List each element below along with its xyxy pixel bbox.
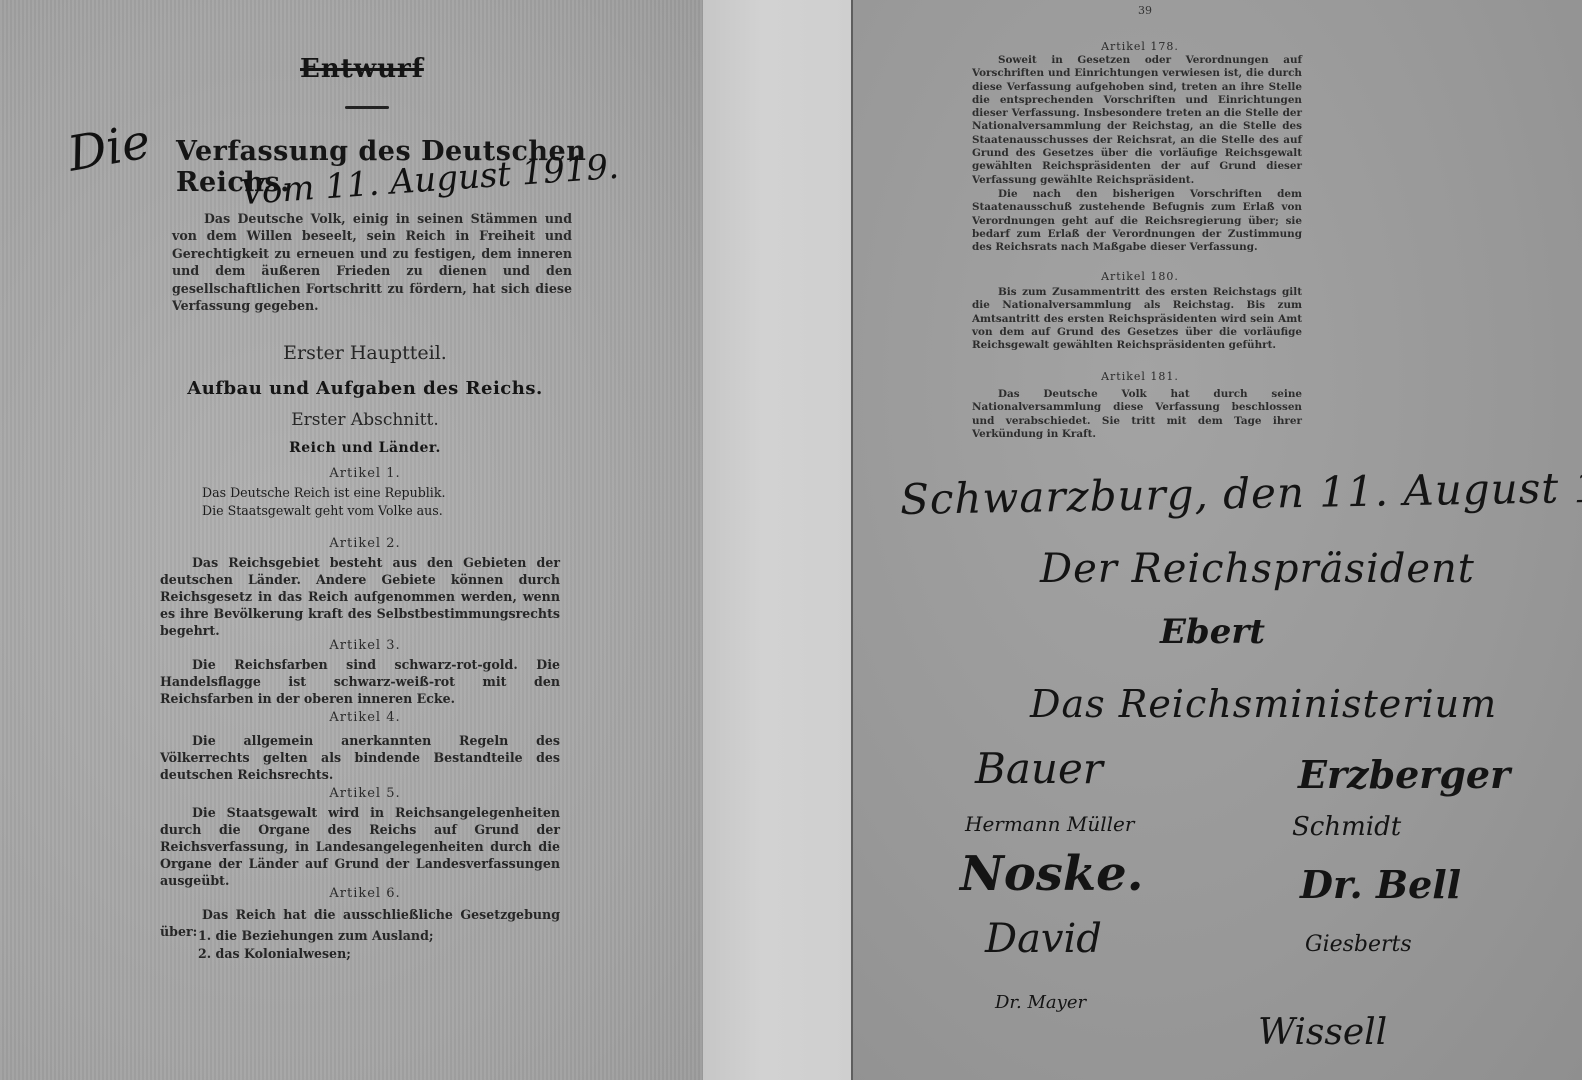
page-number: 39 [1138,4,1152,17]
article-178-heading: Artikel 178. [960,40,1320,53]
signature-noske: Noske. [960,846,1143,902]
article-1-heading: Artikel 1. [150,466,580,481]
article-1-line-1: Das Deutsche Reich ist eine Republik. [202,484,522,501]
article-2-body: Das Reichsgebiet besteht aus den Gebiete… [160,554,560,639]
ornament-divider [345,106,389,109]
section-subtitle: Reich und Länder. [150,440,580,456]
part-title: Erster Hauptteil. [150,342,580,364]
handwritten-prefix: Die [64,113,155,182]
signature-bell: Dr. Bell [1300,862,1461,907]
handwritten-ministry: Das Reichsministerium [1030,682,1497,726]
signature-erzberger: Erzberger [1298,752,1510,797]
article-2-heading: Artikel 2. [150,536,580,551]
article-178-paragraph-1: Soweit in Gesetzen oder Verordnungen auf… [972,54,1302,187]
article-6-list-item-2: 2. das Kolonialwesen; [198,946,351,961]
article-178-paragraph-2: Die nach den bisherigen Vorschriften dem… [972,188,1302,254]
article-5-body: Die Staatsgewalt wird in Reichsangelegen… [160,804,560,889]
article-4-heading: Artikel 4. [150,710,580,725]
signature-david: David [985,916,1102,962]
article-1-line-2: Die Staatsgewalt geht vom Volke aus. [202,502,522,519]
signature-mueller: Hermann Müller [965,812,1134,836]
article-3-body: Die Reichsfarben sind schwarz-rot-gold. … [160,656,560,707]
section-title: Erster Abschnitt. [150,410,580,430]
article-4-body: Die allgemein anerkannten Regeln des Völ… [160,732,560,783]
signature-wissell: Wissell [1258,1012,1387,1053]
signature-bauer: Bauer [975,744,1103,793]
struck-heading: Entwurf [300,54,424,84]
page-gutter [703,0,851,1080]
article-180-heading: Artikel 180. [960,270,1320,283]
handwritten-office: Der Reichspräsident [1040,546,1475,592]
article-181-paragraph-1: Das Deutsche Volk hat durch seine Nation… [972,388,1302,441]
article-6-heading: Artikel 6. [150,886,580,901]
part-subtitle: Aufbau und Aufgaben des Reichs. [150,378,580,399]
article-181-heading: Artikel 181. [960,370,1320,383]
preamble: Das Deutsche Volk, einig in seinen Stämm… [172,210,572,314]
signature-ebert: Ebert [1160,612,1265,652]
signature-schmidt: Schmidt [1292,812,1401,842]
article-3-heading: Artikel 3. [150,638,580,653]
article-180-paragraph-1: Bis zum Zusammentritt des ersten Reichst… [972,286,1302,352]
left-page: Entwurf Die Verfassung des Deutschen Rei… [0,0,703,1080]
signature-mayer: Dr. Mayer [995,992,1086,1013]
article-5-heading: Artikel 5. [150,786,580,801]
article-6-list-item-1: 1. die Beziehungen zum Ausland; [198,928,434,943]
signature-giesberts: Giesberts [1305,932,1412,957]
